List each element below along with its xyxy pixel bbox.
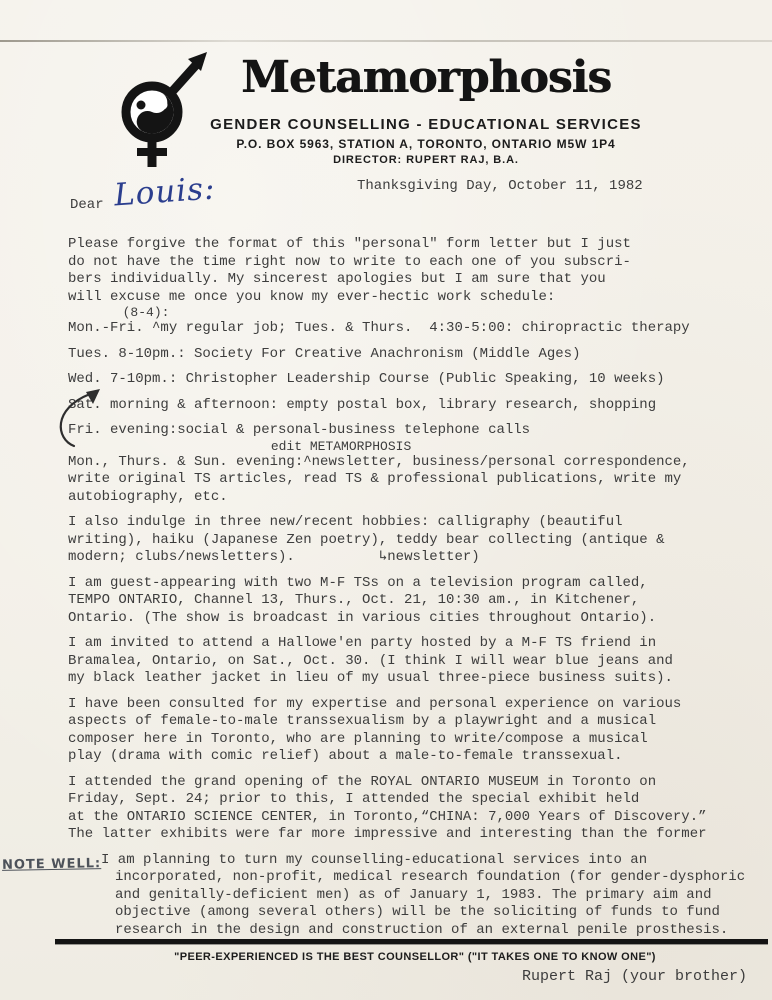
letter-line: incorporated, non-profit, medical resear… (115, 869, 758, 887)
letter-line: I am invited to attend a Hallowe'en part… (68, 635, 758, 653)
letter-line: my black leather jacket in lieu of my us… (68, 670, 758, 688)
footer-rule (55, 939, 768, 944)
scanned-letter-page: Metamorphosis GENDER COUNSELLING - EDUCA… (0, 0, 772, 1000)
letter-line: TEMPO ONTARIO, Channel 13, Thurs., Oct. … (68, 592, 758, 610)
footer-slogan: "PEER-EXPERIENCED IS THE BEST COUNSELLOR… (90, 951, 740, 963)
salutation-typed: Dear (70, 197, 104, 213)
letter-line: composer here in Toronto, who are planni… (68, 731, 758, 749)
letter-line: writing), haiku (Japanese Zen poetry), t… (68, 532, 758, 550)
salutation-handwritten-name: Louis: (113, 171, 217, 214)
letter-line: I have been consulted for my expertise a… (68, 696, 758, 714)
letter-line: edit METAMORPHOSIS (68, 440, 758, 454)
letter-line: I attended the grand opening of the ROYA… (68, 774, 758, 792)
letter-line: research in the design and construction … (115, 922, 758, 940)
org-title: Metamorphosis (90, 52, 762, 103)
letter-line: Ontario. (The show is broadcast in vario… (68, 610, 758, 628)
letter-line: bers individually. My sincerest apologie… (68, 271, 758, 289)
letter-line: Sat. morning & afternoon: empty postal b… (68, 397, 758, 415)
swap-lines-arrow-icon (48, 383, 118, 453)
letter-line: Tues. 8-10pm.: Society For Creative Anac… (68, 346, 758, 364)
letter-line: Please forgive the format of this "perso… (68, 236, 758, 254)
letter-line: modern; clubs/newsletters). ↳newsletter) (68, 549, 758, 567)
date-line: Thanksgiving Day, October 11, 1982 (357, 178, 643, 194)
letter-line: aspects of female-to-male transsexualism… (68, 713, 758, 731)
letter-line: autobiography, etc. (68, 489, 758, 507)
letter-line: I am planning to turn my counselling-edu… (101, 852, 758, 870)
letter-line: Friday, Sept. 24; prior to this, I atten… (68, 791, 758, 809)
letter-line: play (drama with comic relief) about a m… (68, 748, 758, 766)
scan-artifact-line (0, 40, 772, 42)
letter-line: will excuse me once you know my ever-hec… (68, 289, 758, 307)
org-director: DIRECTOR: RUPERT RAJ, B.A. (90, 154, 762, 166)
letter-line: objective (among several others) will be… (115, 904, 758, 922)
org-subtitle: GENDER COUNSELLING - EDUCATIONAL SERVICE… (90, 116, 762, 133)
letter-line: Fri. evening:social & personal-business … (68, 422, 758, 440)
letter-line: Bramalea, Ontario, on Sat., Oct. 30. (I … (68, 653, 758, 671)
org-address: P.O. BOX 5963, STATION A, TORONTO, ONTAR… (90, 137, 762, 151)
signature: Rupert Raj (your brother) (522, 968, 747, 985)
letter-line: The latter exhibits were far more impres… (68, 826, 758, 844)
letter-line: and genitally-deficient men) as of Janua… (115, 887, 758, 905)
letter-line: write original TS articles, read TS & pr… (68, 471, 758, 489)
letter-line: I am guest-appearing with two M-F TSs on… (68, 575, 758, 593)
letter-line: I also indulge in three new/recent hobbi… (68, 514, 758, 532)
letter-line: Wed. 7-10pm.: Christopher Leadership Cou… (68, 371, 758, 389)
letter-line: at the ONTARIO SCIENCE CENTER, in Toront… (68, 809, 758, 827)
letter-line: do not have the time right now to write … (68, 254, 758, 272)
letter-body: Please forgive the format of this "perso… (68, 236, 758, 939)
letter-line: Mon.-Fri. ^my regular job; Tues. & Thurs… (68, 320, 758, 338)
letter-line: Mon., Thurs. & Sun. evening:^newsletter,… (68, 454, 758, 472)
note-well-annotation: NOTE WELL: (2, 856, 101, 873)
letter-line: (8-4): (68, 306, 758, 320)
